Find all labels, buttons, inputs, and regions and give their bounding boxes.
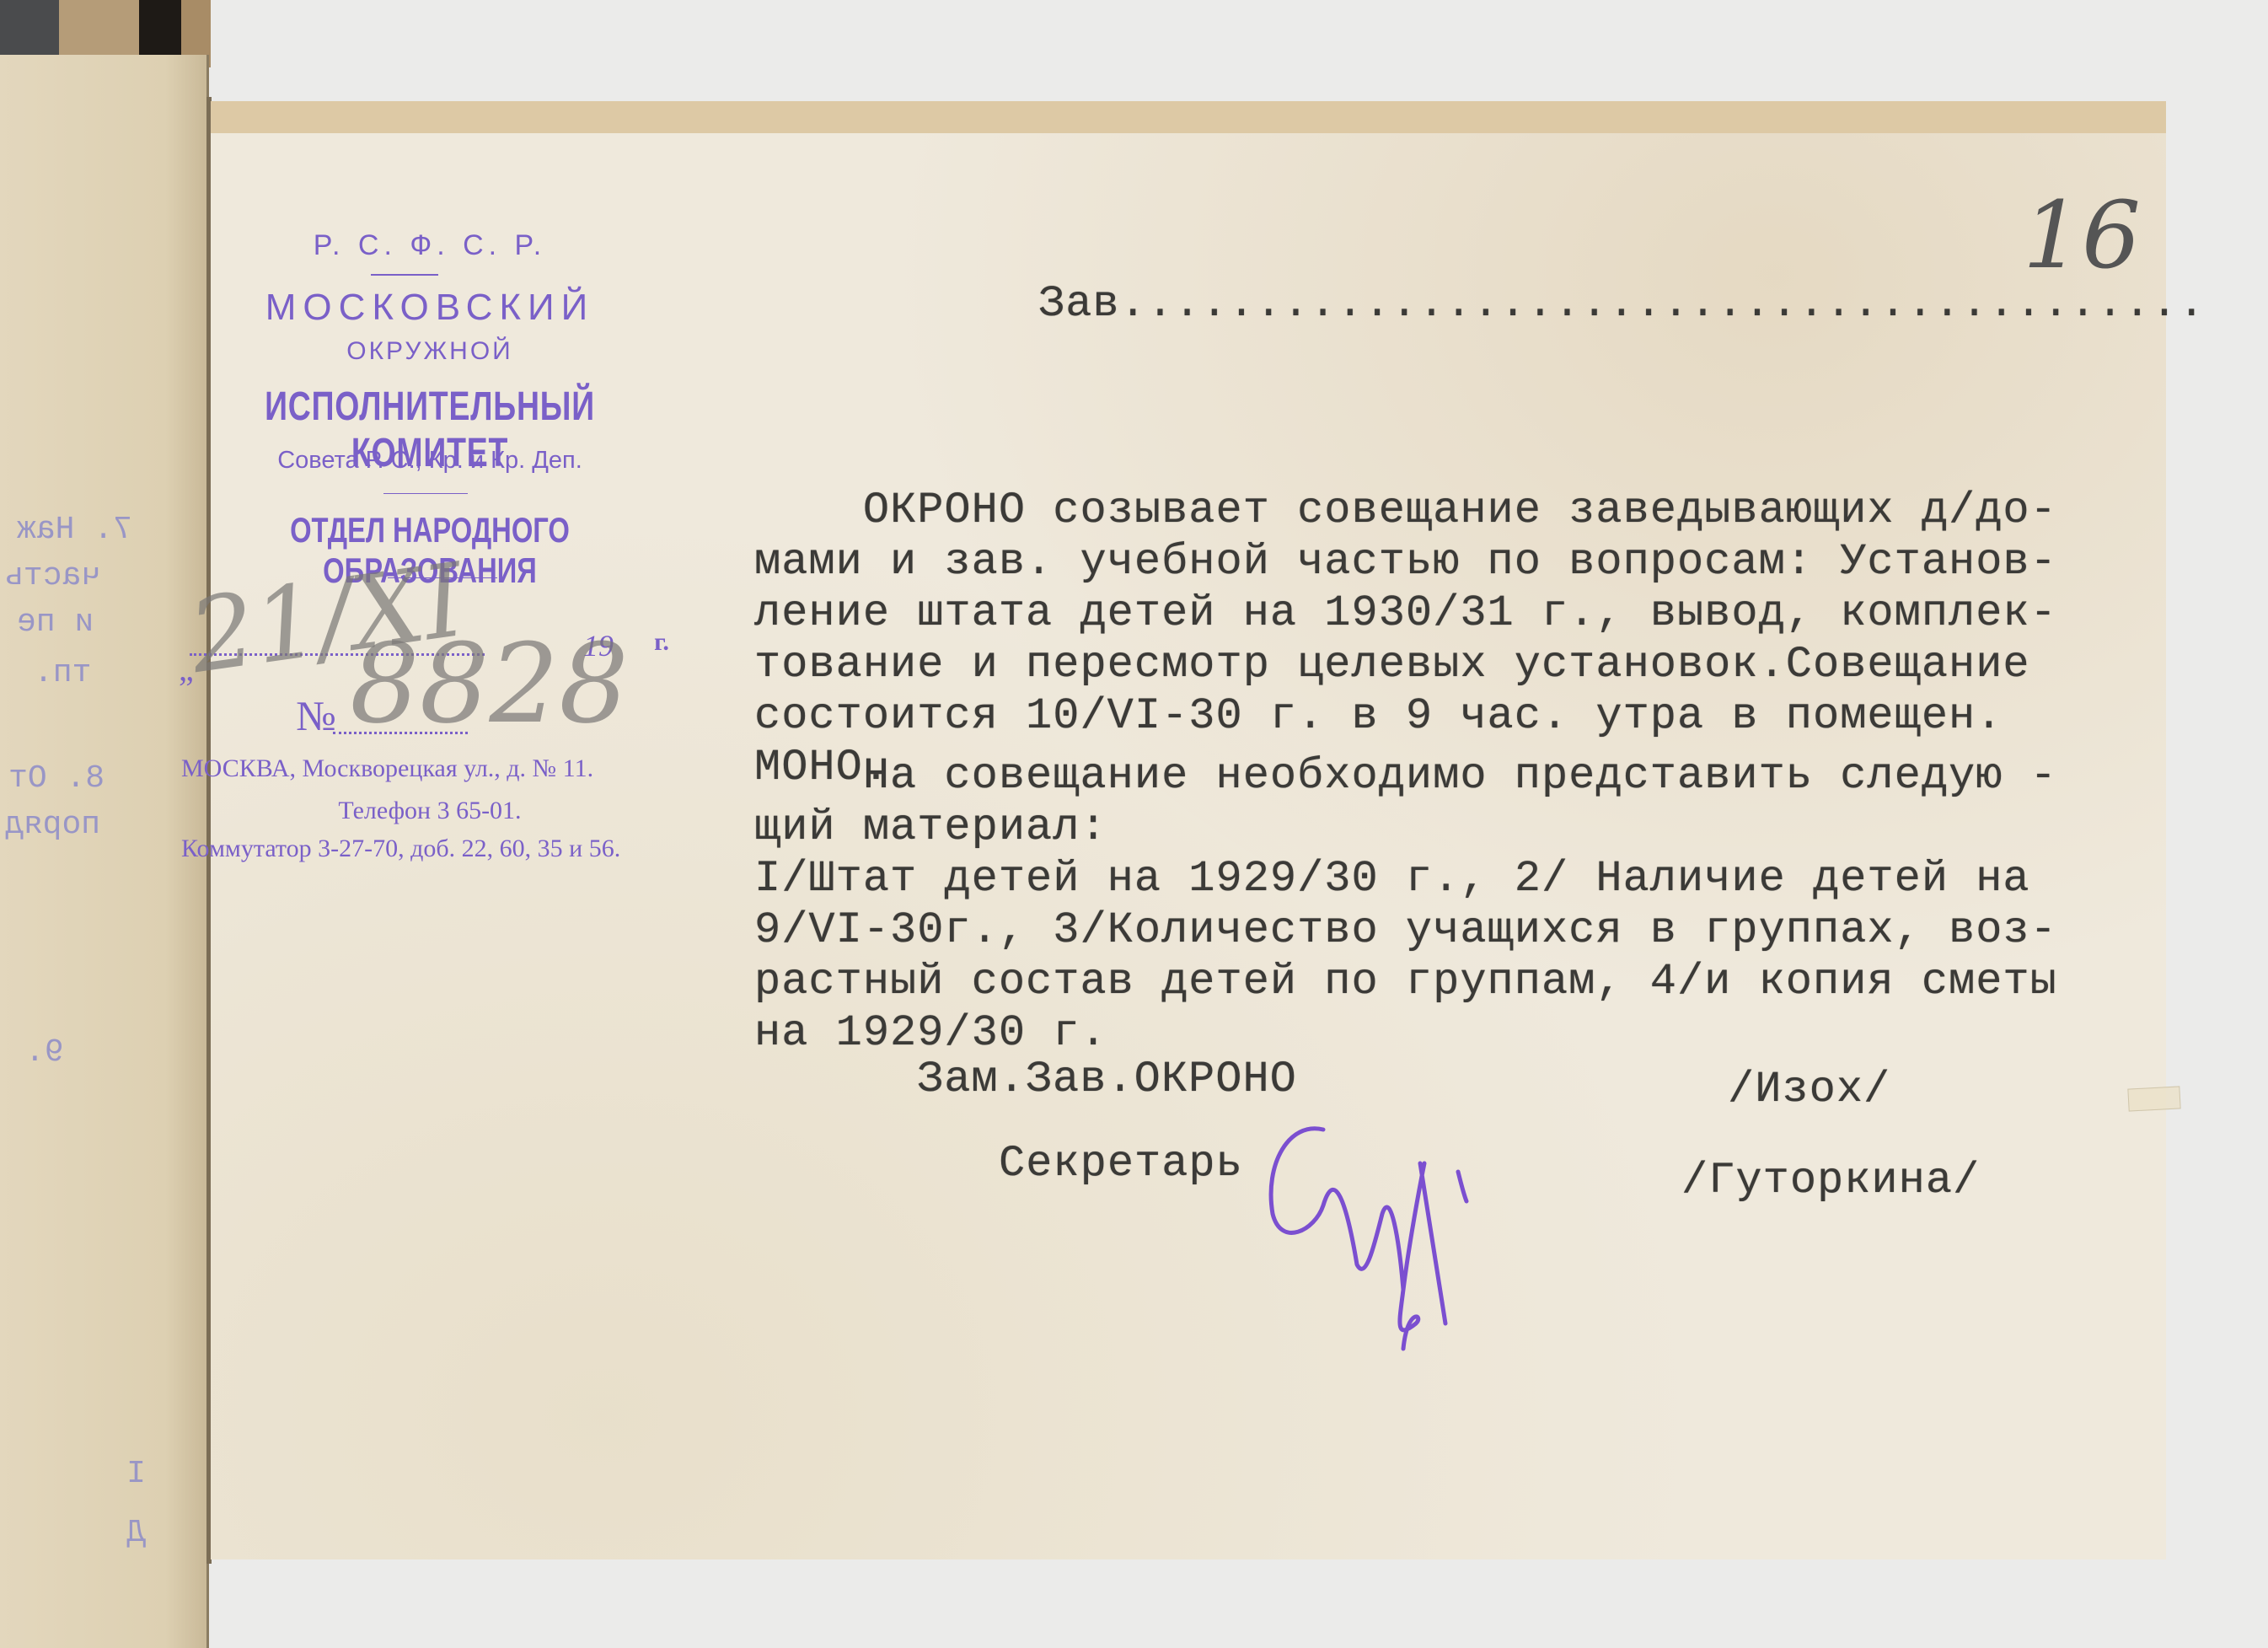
underlying-text-fragment: часть [4, 561, 100, 593]
stamp-divider [371, 274, 438, 276]
signature-name-secretary: /Гуторкина/ [1681, 1155, 1980, 1206]
text-line: На совещание необходимо представить след… [754, 750, 2057, 802]
text-line: щий материал: [754, 802, 2057, 853]
addressee-line: Зав.....................................… [1038, 278, 2206, 330]
date-suffix: г. [645, 628, 678, 657]
paragraph-meeting-notice: ОКРОНО созывает совещание заведывающих д… [754, 485, 2057, 793]
text-line: тование и пересмотр целевых установок.Со… [754, 639, 2057, 690]
underlying-text-fragment: поряд [4, 809, 100, 841]
underlying-text-fragment: 7. Hаж [17, 514, 132, 546]
underlying-text-fragment: 8. От [8, 763, 105, 795]
text-line: растный состав детей по группам, 4/и коп… [754, 956, 2057, 1007]
text-line: состоится 10/VI-30 г. в 9 час. утра в по… [754, 690, 2057, 742]
stamp-line-moscow: МОСКОВСКИЙ [169, 287, 691, 329]
text-line: I/Штат детей на 1929/30 г., 2/ Наличие д… [754, 853, 2057, 905]
stamp-line-soviet: Совета Р. С., Кр. и Кр. Деп. [169, 447, 691, 475]
stamp-switchboard: Коммутатор 3-27-70, доб. 22, 60, 35 и 56… [181, 835, 687, 863]
stamp-divider [383, 493, 468, 494]
underlying-text-fragment: I [126, 1458, 146, 1490]
underlying-text-fragment: Д [126, 1517, 146, 1549]
underlying-text-fragment: 9. [25, 1037, 64, 1069]
text-line: ление штата детей на 1930/31 г., вывод, … [754, 588, 2057, 639]
stamp-phone: Телефон 3 65-01. [169, 797, 691, 825]
tape-piece [2127, 1086, 2180, 1111]
text-line: мами и зав. учебной частью по вопросам: … [754, 536, 2057, 588]
stamp-address: МОСКВА, Москворецкая ул., д. № 11. [181, 754, 687, 783]
underlying-text-fragment: и пе [17, 607, 94, 639]
text-line: ОКРОНО созывает совещание заведывающих д… [754, 485, 2057, 536]
signature-title-secretary: Секретарь [999, 1138, 1243, 1189]
handwritten-number: 8828 [350, 620, 629, 748]
handwritten-signature [1256, 1113, 1576, 1366]
text-line: на 1929/30 г. [754, 1007, 2057, 1059]
paragraph-required-materials: На совещание необходимо представить след… [754, 750, 2057, 1059]
stamp-country: Р. С. Ф. С. Р. [169, 229, 691, 262]
text-line: 9/VI-30г., 3/Количество учащихся в групп… [754, 905, 2057, 956]
signature-title-deputy: Зам.Зав.ОКРОНО [917, 1054, 1297, 1105]
stamp-line-okruzhnoy: ОКРУЖНОЙ [169, 337, 691, 366]
underlying-text-fragment: тп. [34, 658, 91, 690]
page-number: 16 [2023, 181, 2141, 289]
signature-name-deputy: /Изох/ [1728, 1064, 1890, 1115]
